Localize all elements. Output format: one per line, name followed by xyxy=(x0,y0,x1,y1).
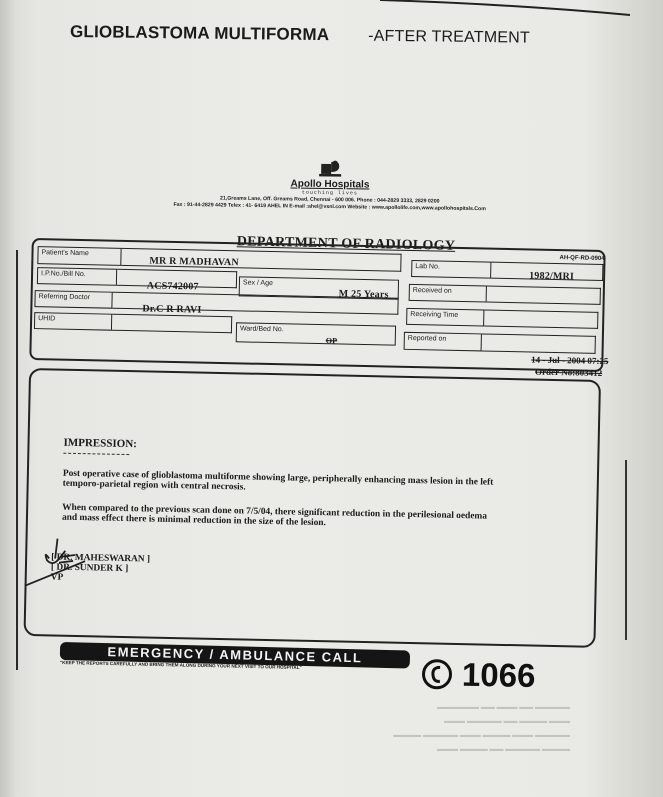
impression-heading: IMPRESSION: xyxy=(63,437,137,451)
receiving-time-value xyxy=(484,309,598,328)
document-heading: GLIOBLASTOMA MULTIFORMA -AFTER TREATMENT xyxy=(70,22,530,48)
received-on-label: Received on xyxy=(409,284,487,303)
signer-2: [ DR. SUNDER K ] xyxy=(51,562,150,574)
order-number: Order No:803412 xyxy=(535,367,602,378)
heading-title: GLIOBLASTOMA MULTIFORMA xyxy=(70,22,329,44)
ip-no-value: ACS742007 xyxy=(147,280,199,292)
reported-on-cell xyxy=(482,333,596,353)
phone-icon xyxy=(422,659,453,690)
received-on-value xyxy=(487,286,601,305)
pen-stroke-decoration xyxy=(380,0,630,18)
receiving-time-label: Receiving Time xyxy=(406,308,484,327)
hospital-letterhead: Apollo Hospitals touching lives 21,Gream… xyxy=(100,155,561,213)
patient-name-label: Patient's Name xyxy=(37,246,121,266)
ward-bed-label: Ward/Bed No. xyxy=(236,322,396,345)
lab-no-label: Lab No. xyxy=(411,260,491,279)
ip-no-label: I.P.No./Bill No. xyxy=(37,267,117,286)
reported-on-value: 14 - Jul - 2004 07:25 xyxy=(531,354,608,366)
ward-bed-value: OP xyxy=(326,336,338,345)
page-edge-shadow xyxy=(0,0,16,797)
emergency-phone: 1066 xyxy=(422,655,536,695)
phone-number: 1066 xyxy=(462,656,536,695)
page-margin-line-right xyxy=(625,460,627,640)
referring-doctor-label: Referring Doctor xyxy=(34,290,112,309)
signer-3: VP xyxy=(51,572,150,584)
heading-subtitle: -AFTER TREATMENT xyxy=(368,28,530,47)
signatories: [ DR. MAHESWARAN ] [ DR. SUNDER K ] VP xyxy=(51,552,151,584)
uhid-label: UHID xyxy=(34,312,112,331)
apollo-logo-icon xyxy=(317,158,343,178)
radiology-report: DEPARTMENT OF RADIOLOGY AH-QF-RD-0904 Pa… xyxy=(32,230,617,242)
page-margin-line xyxy=(16,250,18,670)
uhid-value xyxy=(112,314,232,334)
reported-on-label: Reported on xyxy=(404,332,482,352)
bleed-through-text: ▬▬▬▬▬ ▬▬ ▬▬▬ ▬▬ ▬▬▬▬▬▬▬▬▬ ▬▬▬▬ ▬▬ ▬▬▬▬▬ … xyxy=(240,700,570,756)
patient-name-value: MR R MADHAVAN xyxy=(149,255,239,268)
lab-no-value: 1982/MRI xyxy=(529,270,574,282)
